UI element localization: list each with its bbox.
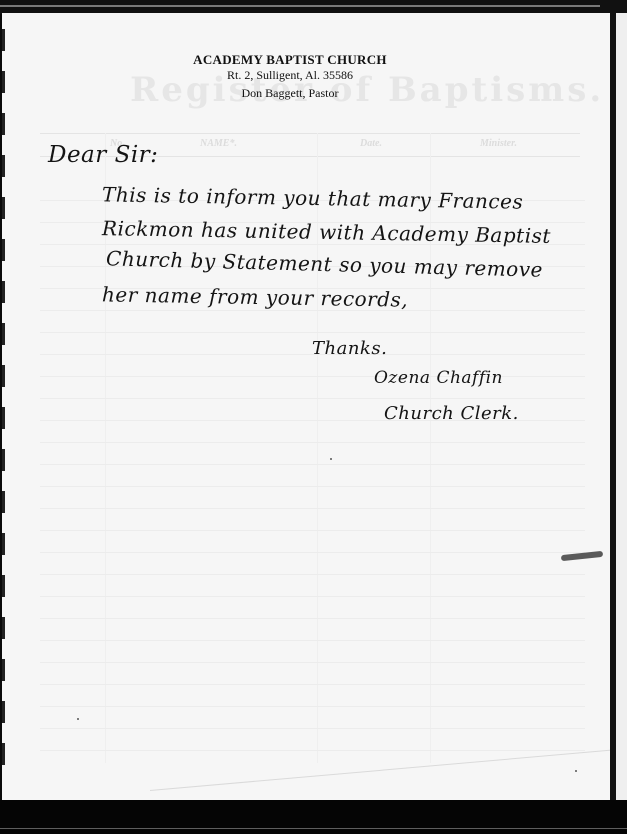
scan-speck: [77, 718, 79, 720]
scan-speck: [330, 458, 332, 460]
ledger-col-name: NAME*.: [200, 138, 237, 149]
ledger-col-date: Date.: [360, 138, 382, 149]
letter-salutation: Dear Sir:: [48, 142, 158, 168]
scan-bottom-border: [0, 800, 627, 834]
scan-speck: [575, 770, 577, 772]
scan-right-border: [610, 13, 627, 800]
letterhead-address: Rt. 2, Sulligent, Al. 35586: [150, 68, 430, 83]
scan-top-border: [0, 0, 627, 14]
binder-ticks: [2, 13, 5, 800]
ledger-col-minister: Minister.: [480, 138, 517, 149]
signature-title: Church Clerk.: [384, 403, 519, 424]
letterhead-organization: ACADEMY BAPTIST CHURCH: [150, 52, 430, 68]
letterhead-pastor: Don Baggett, Pastor: [150, 86, 430, 101]
signature-name: Ozena Chaffin: [374, 368, 503, 388]
letter-closing: Thanks.: [312, 338, 387, 359]
